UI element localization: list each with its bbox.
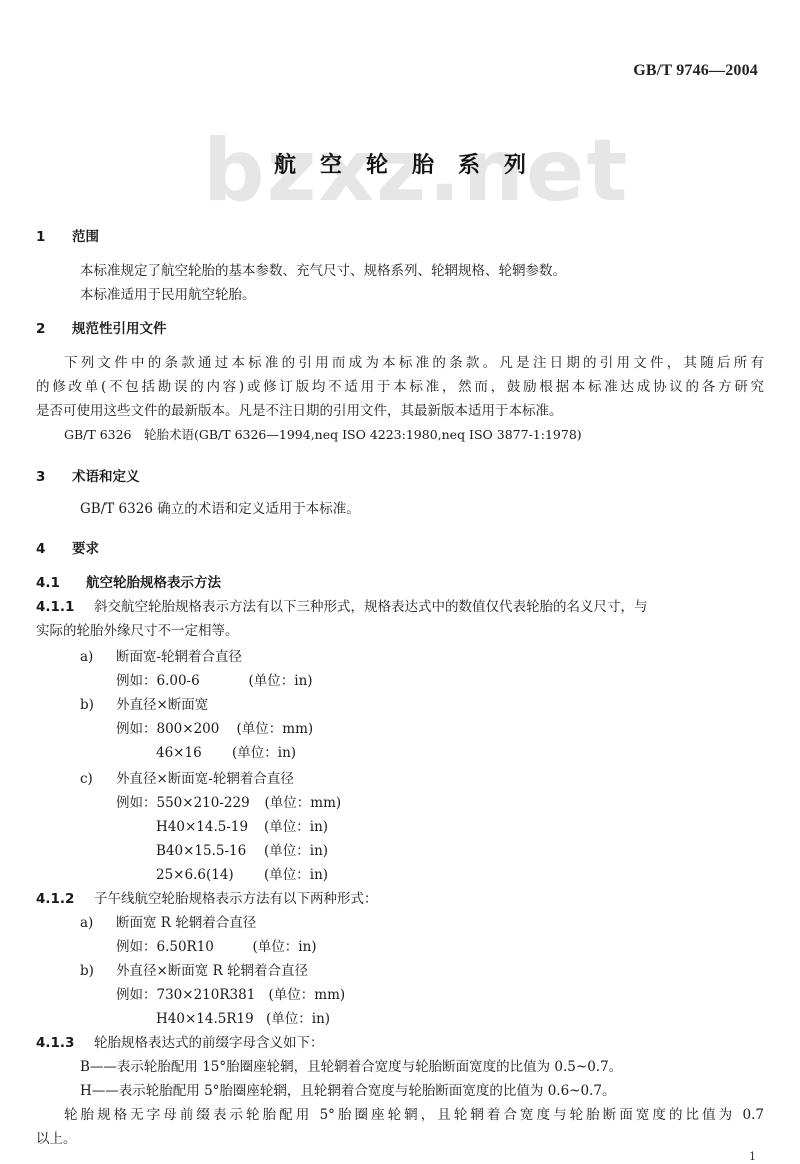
example-unit: (单位：mm) xyxy=(265,795,342,811)
example-unit: (单位：in) xyxy=(249,673,313,689)
example-value: 6.50R10 xyxy=(157,938,253,956)
example: 46×16(单位：in) xyxy=(156,744,296,762)
list-label: a) xyxy=(80,648,116,666)
list-label: c) xyxy=(80,770,116,788)
paragraph: GB/T 6326 确立的术语和定义适用于本标准。 xyxy=(80,500,360,518)
section-number: 3 xyxy=(36,468,72,486)
list-item-c: c)外直径×断面宽-轮辋着合直径 xyxy=(80,770,294,788)
example-prefix: 例如： xyxy=(116,673,157,689)
list-item-a: a)断面宽-轮辋着合直径 xyxy=(80,648,242,666)
paragraph: 本标准适用于民用航空轮胎。 xyxy=(80,286,256,304)
section-3-heading: 3术语和定义 xyxy=(36,468,140,486)
section-4-heading: 4要求 xyxy=(36,540,99,558)
list-text: 断面宽 R 轮辋着合直径 xyxy=(116,915,256,931)
example-unit: (单位：in) xyxy=(264,819,328,835)
standard-number: GB/T 9746—2004 xyxy=(633,62,758,80)
list-label: b) xyxy=(80,962,116,980)
list-text: 外直径×断面宽-轮辋着合直径 xyxy=(116,771,294,787)
clause-text: 轮胎规格表达式的前缀字母含义如下： xyxy=(94,1035,324,1051)
section-1-heading: 1范围 xyxy=(36,228,99,246)
section-title: 规范性引用文件 xyxy=(72,321,167,337)
example-prefix: 例如： xyxy=(116,795,157,811)
example-unit: (单位：in) xyxy=(266,1011,330,1027)
example-value: 25×6.6(14) xyxy=(156,866,264,884)
clause-text-cont: 实际的轮胎外缘尺寸不一定相等。 xyxy=(36,622,239,640)
no-prefix-definition-cont: 以上。 xyxy=(36,1130,77,1148)
example-prefix: 例如： xyxy=(116,939,157,955)
section-title: 范围 xyxy=(72,229,99,245)
example-value: H40×14.5R19 xyxy=(156,1010,266,1028)
clause-4-1-3: 4.1.3轮胎规格表达式的前缀字母含义如下： xyxy=(36,1034,324,1052)
example-prefix: 例如： xyxy=(116,987,157,1003)
example: H40×14.5-19(单位：in) xyxy=(156,818,328,836)
paragraph-line: 是否可使用这些文件的最新版本。凡是不注日期的引用文件，其最新版本适用于本标准。 xyxy=(36,402,563,420)
clause-number: 4.1.1 xyxy=(36,598,94,616)
example: 例如：730×210R381(单位：mm) xyxy=(116,986,345,1004)
document-title: 航空轮胎系列 xyxy=(0,148,800,179)
list-text: 外直径×断面宽 xyxy=(116,697,208,713)
example-value: 46×16 xyxy=(156,744,232,762)
example: 25×6.6(14)(单位：in) xyxy=(156,866,328,884)
example: B40×15.5-16(单位：in) xyxy=(156,842,328,860)
section-number: 2 xyxy=(36,320,72,338)
example-value: 6.00-6 xyxy=(157,672,249,690)
clause-number: 4.1.2 xyxy=(36,890,94,908)
subsection-number: 4.1 xyxy=(36,574,86,592)
example: H40×14.5R19(单位：in) xyxy=(156,1010,330,1028)
list-item-b: b)外直径×断面宽 xyxy=(80,696,208,714)
list-text: 断面宽-轮辋着合直径 xyxy=(116,649,242,665)
example: 例如：6.00-6(单位：in) xyxy=(116,672,313,690)
example-unit: (单位：in) xyxy=(253,939,317,955)
section-number: 1 xyxy=(36,228,72,246)
subsection-title: 航空轮胎规格表示方法 xyxy=(86,575,221,591)
example-value: 730×210R381 xyxy=(157,986,269,1004)
example: 例如：6.50R10(单位：in) xyxy=(116,938,317,956)
example-unit: (单位：mm) xyxy=(269,987,346,1003)
normative-reference: GB/T 6326 轮胎术语(GB/T 6326—1994,neq ISO 42… xyxy=(64,426,582,444)
example-unit: (单位：mm) xyxy=(237,721,314,737)
list-item-a: a)断面宽 R 轮辋着合直径 xyxy=(80,914,256,932)
list-label: a) xyxy=(80,914,116,932)
no-prefix-definition: 轮胎规格无字母前缀表示轮胎配用 5°胎圈座轮辋，且轮辋着合宽度与轮胎断面宽度的比… xyxy=(64,1106,764,1124)
example-prefix: 例如： xyxy=(116,721,157,737)
example-value: 550×210-229 xyxy=(157,794,265,812)
example: 例如：800×200(单位：mm) xyxy=(116,720,313,738)
section-title: 术语和定义 xyxy=(72,469,140,485)
clause-4-1-2: 4.1.2子午线航空轮胎规格表示方法有以下两种形式： xyxy=(36,890,378,908)
prefix-definition-b: B——表示轮胎配用 15°胎圈座轮辋，且轮辋着合宽度与轮胎断面宽度的比值为 0.… xyxy=(80,1058,622,1076)
clause-text: 斜交航空轮胎规格表示方法有以下三种形式，规格表达式中的数值仅代表轮胎的名义尺寸，… xyxy=(94,599,648,615)
example-value: H40×14.5-19 xyxy=(156,818,264,836)
page-number: 1 xyxy=(749,1150,756,1163)
example-unit: (单位：in) xyxy=(264,843,328,859)
example-unit: (单位：in) xyxy=(232,745,296,761)
document-page: GB/T 9746—2004 bzxz.net 航空轮胎系列 1范围 本标准规定… xyxy=(0,0,800,1164)
example-value: 800×200 xyxy=(157,720,237,738)
list-item-b: b)外直径×断面宽 R 轮辋着合直径 xyxy=(80,962,308,980)
paragraph-line: 的修改单(不包括勘误的内容)或修订版均不适用于本标准，然而，鼓励根据本标准达成协… xyxy=(36,378,764,396)
example-unit: (单位：in) xyxy=(264,867,328,883)
list-text: 外直径×断面宽 R 轮辋着合直径 xyxy=(116,963,308,979)
subsection-4-1-heading: 4.1航空轮胎规格表示方法 xyxy=(36,574,221,592)
list-label: b) xyxy=(80,696,116,714)
clause-number: 4.1.3 xyxy=(36,1034,94,1052)
paragraph: 本标准规定了航空轮胎的基本参数、充气尺寸、规格系列、轮辋规格、轮辋参数。 xyxy=(80,262,566,280)
section-number: 4 xyxy=(36,540,72,558)
paragraph-line: 下列文件中的条款通过本标准的引用而成为本标准的条款。凡是注日期的引用文件，其随后… xyxy=(64,354,764,372)
clause-text: 子午线航空轮胎规格表示方法有以下两种形式： xyxy=(94,891,378,907)
section-2-heading: 2规范性引用文件 xyxy=(36,320,167,338)
example: 例如：550×210-229(单位：mm) xyxy=(116,794,341,812)
section-title: 要求 xyxy=(72,541,99,557)
prefix-definition-h: H——表示轮胎配用 5°胎圈座轮辋，且轮辋着合宽度与轮胎断面宽度的比值为 0.6… xyxy=(80,1082,615,1100)
clause-4-1-1: 4.1.1斜交航空轮胎规格表示方法有以下三种形式，规格表达式中的数值仅代表轮胎的… xyxy=(36,598,764,616)
example-value: B40×15.5-16 xyxy=(156,842,264,860)
